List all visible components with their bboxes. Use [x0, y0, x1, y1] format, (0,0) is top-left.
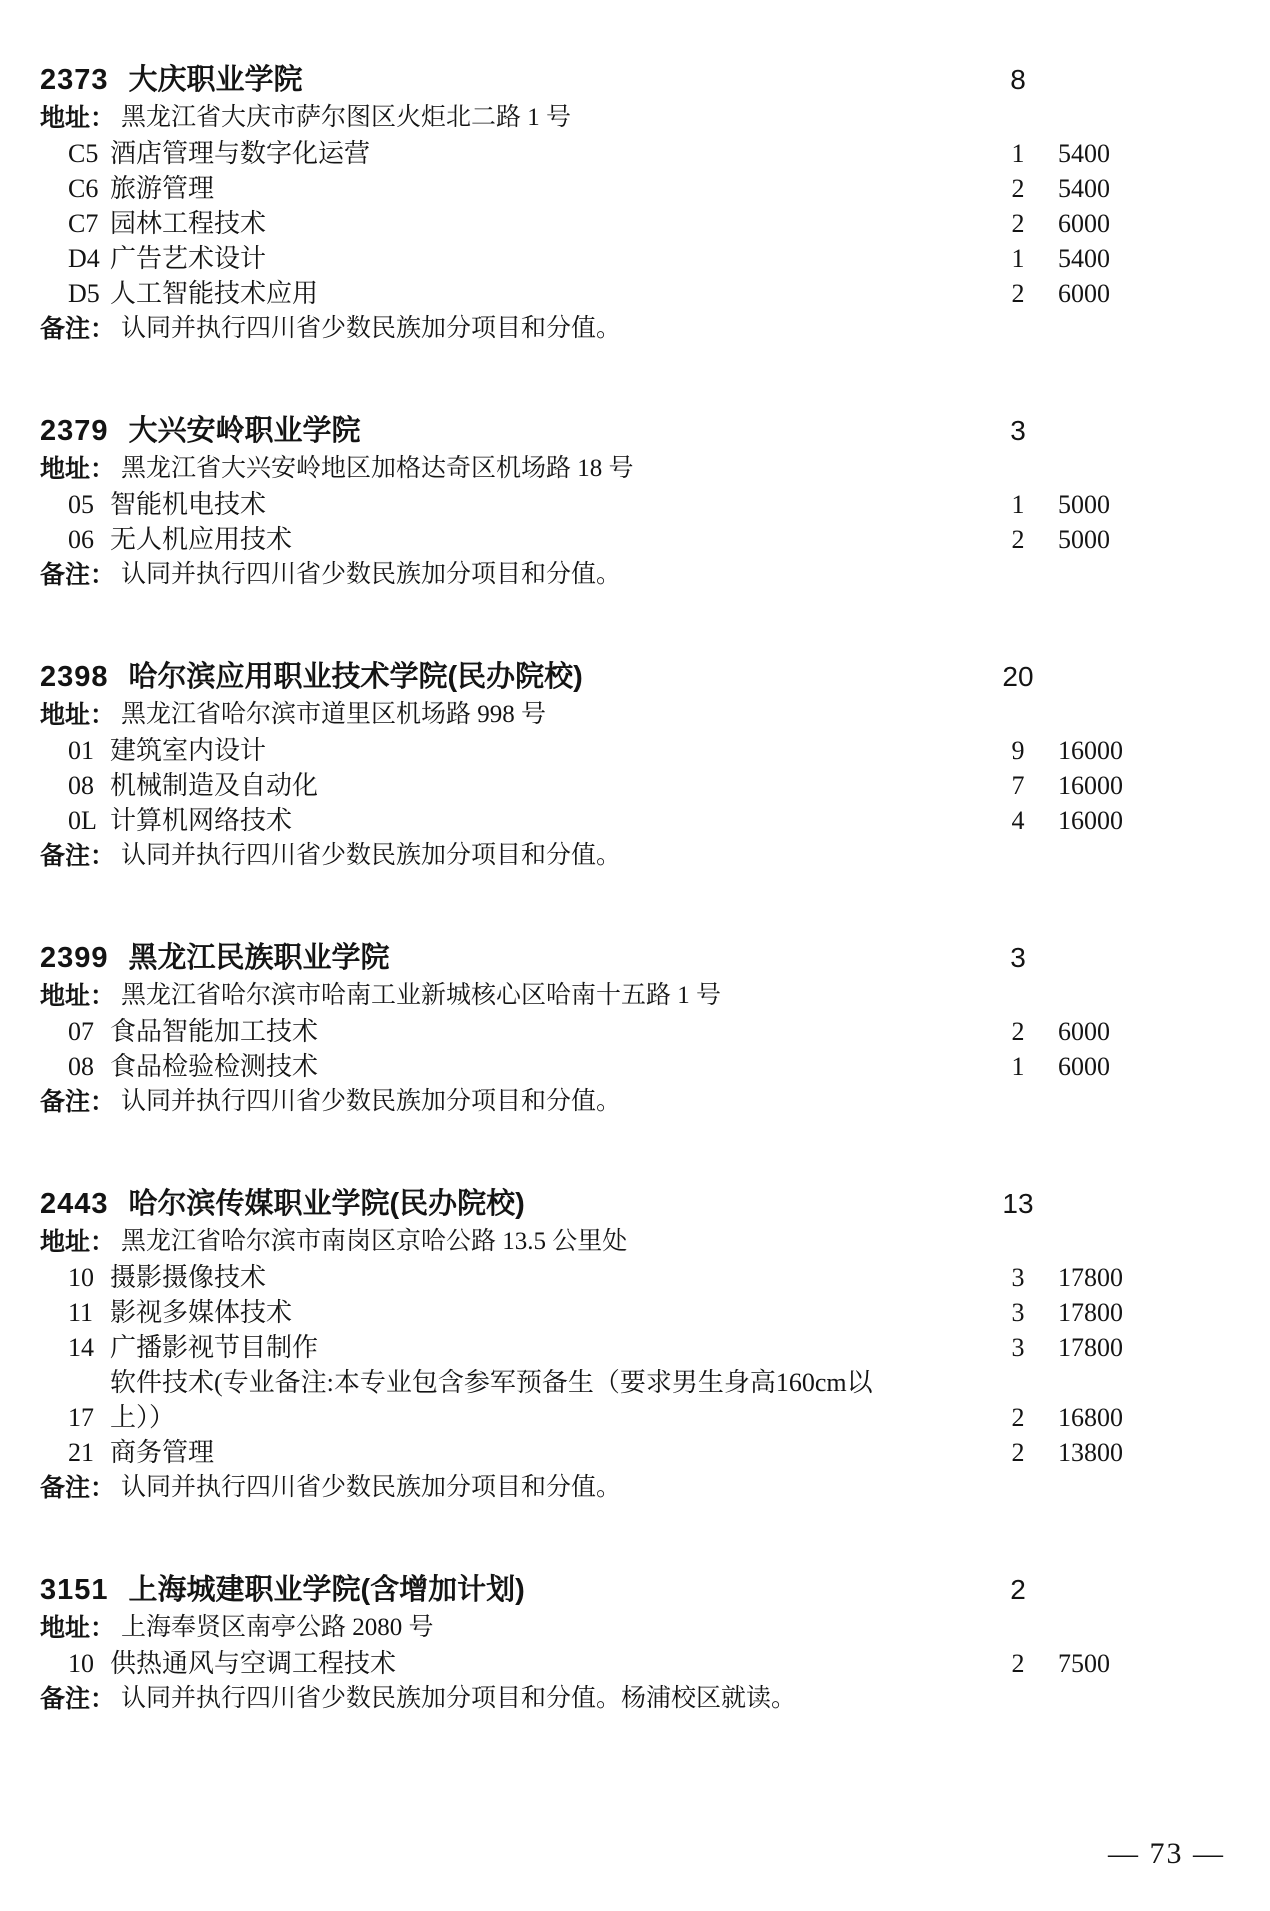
program-code: 10 [68, 1646, 110, 1681]
program-fee: 16000 [1058, 733, 1130, 768]
program-row: 05 智能机电技术 1 5000 [40, 487, 1130, 522]
program-quota: 1 [990, 487, 1046, 522]
college-section: 2379 大兴安岭职业学院 3 地址： 黑龙江省大兴安岭地区加格达奇区机场路 1… [40, 411, 1130, 593]
program-fee: 16800 [1058, 1400, 1130, 1435]
program-code: 14 [68, 1330, 110, 1365]
college-total-quota: 3 [990, 938, 1046, 978]
note-row: 备注： 认同并执行四川省少数民族加分项目和分值。 [40, 1470, 1130, 1506]
program-code: 0L [68, 803, 110, 838]
note-text: 认同并执行四川省少数民族加分项目和分值。 [121, 1470, 1130, 1506]
program-fee: 17800 [1058, 1260, 1130, 1295]
program-fee: 6000 [1058, 206, 1130, 241]
college-total-quota: 2 [990, 1570, 1046, 1610]
program-quota: 4 [990, 803, 1046, 838]
program-code: 01 [68, 733, 110, 768]
program-fee: 5000 [1058, 522, 1130, 557]
program-quota: 1 [990, 1049, 1046, 1084]
address-row: 地址： 上海奉贤区南亭公路 2080 号 [40, 1610, 1130, 1646]
program-quota: 3 [990, 1295, 1046, 1330]
program-name: 供热通风与空调工程技术 [110, 1646, 990, 1681]
address-value: 黑龙江省哈尔滨市南岗区京哈公路 13.5 公里处 [121, 1224, 1130, 1260]
program-fee: 5400 [1058, 241, 1130, 276]
program-code: 10 [68, 1260, 110, 1295]
college-total-quota: 20 [990, 657, 1046, 697]
program-name: 广告艺术设计 [110, 241, 990, 276]
program-name: 机械制造及自动化 [110, 768, 990, 803]
program-fee: 16000 [1058, 803, 1130, 838]
section-header: 3151 上海城建职业学院(含增加计划) 2 [40, 1570, 1130, 1610]
program-code: 05 [68, 487, 110, 522]
program-quota: 2 [990, 206, 1046, 241]
program-quota: 2 [990, 1435, 1046, 1470]
program-code: C6 [68, 171, 110, 206]
college-section: 2443 哈尔滨传媒职业学院(民办院校) 13 地址： 黑龙江省哈尔滨市南岗区京… [40, 1184, 1130, 1506]
program-quota: 2 [990, 522, 1046, 557]
address-label: 地址： [40, 100, 115, 136]
program-code: 06 [68, 522, 110, 557]
section-header: 2379 大兴安岭职业学院 3 [40, 411, 1130, 451]
program-code: 11 [68, 1295, 110, 1330]
college-name: 哈尔滨传媒职业学院(民办院校) [129, 1184, 990, 1224]
address-row: 地址： 黑龙江省哈尔滨市道里区机场路 998 号 [40, 697, 1130, 733]
program-name: 软件技术(专业备注:本专业包含参军预备生（要求男生身高160cm以 上）） [110, 1365, 990, 1435]
program-code: C5 [68, 136, 110, 171]
program-fee: 6000 [1058, 1049, 1130, 1084]
page-number: — 73 — [1108, 1837, 1225, 1871]
program-code: D4 [68, 241, 110, 276]
program-quota: 1 [990, 241, 1046, 276]
document-page: 2373 大庆职业学院 8 地址： 黑龙江省大庆市萨尔图区火炬北二路 1 号 C… [0, 0, 1270, 1717]
section-header: 2398 哈尔滨应用职业技术学院(民办院校) 20 [40, 657, 1130, 697]
address-value: 黑龙江省哈尔滨市道里区机场路 998 号 [121, 697, 1130, 733]
program-name: 无人机应用技术 [110, 522, 990, 557]
note-row: 备注： 认同并执行四川省少数民族加分项目和分值。杨浦校区就读。 [40, 1681, 1130, 1717]
program-name: 摄影摄像技术 [110, 1260, 990, 1295]
address-value: 黑龙江省大兴安岭地区加格达奇区机场路 18 号 [121, 451, 1130, 487]
program-name: 建筑室内设计 [110, 733, 990, 768]
address-label: 地址： [40, 697, 115, 733]
note-row: 备注： 认同并执行四川省少数民族加分项目和分值。 [40, 311, 1130, 347]
program-quota: 1 [990, 136, 1046, 171]
college-code: 2398 [40, 657, 109, 697]
note-label: 备注： [40, 311, 115, 347]
address-value: 上海奉贤区南亭公路 2080 号 [121, 1610, 1130, 1646]
note-text: 认同并执行四川省少数民族加分项目和分值。 [121, 557, 1130, 593]
program-quota: 2 [990, 1400, 1046, 1435]
program-code: 08 [68, 768, 110, 803]
program-row: D5 人工智能技术应用 2 6000 [40, 276, 1130, 311]
program-fee: 13800 [1058, 1435, 1130, 1470]
college-total-quota: 13 [990, 1184, 1046, 1224]
note-label: 备注： [40, 1084, 115, 1120]
college-code: 2399 [40, 938, 109, 978]
program-fee: 16000 [1058, 768, 1130, 803]
program-row: 10 供热通风与空调工程技术 2 7500 [40, 1646, 1130, 1681]
college-section: 3151 上海城建职业学院(含增加计划) 2 地址： 上海奉贤区南亭公路 208… [40, 1570, 1130, 1717]
college-name: 大兴安岭职业学院 [129, 411, 990, 451]
program-row: 0L 计算机网络技术 4 16000 [40, 803, 1130, 838]
program-name: 旅游管理 [110, 171, 990, 206]
address-value: 黑龙江省哈尔滨市哈南工业新城核心区哈南十五路 1 号 [121, 978, 1130, 1014]
program-name: 食品智能加工技术 [110, 1014, 990, 1049]
address-row: 地址： 黑龙江省哈尔滨市南岗区京哈公路 13.5 公里处 [40, 1224, 1130, 1260]
program-fee: 5000 [1058, 487, 1130, 522]
program-quota: 9 [990, 733, 1046, 768]
program-quota: 2 [990, 171, 1046, 206]
college-name: 大庆职业学院 [129, 60, 990, 100]
college-section: 2399 黑龙江民族职业学院 3 地址： 黑龙江省哈尔滨市哈南工业新城核心区哈南… [40, 938, 1130, 1120]
address-row: 地址： 黑龙江省哈尔滨市哈南工业新城核心区哈南十五路 1 号 [40, 978, 1130, 1014]
note-row: 备注： 认同并执行四川省少数民族加分项目和分值。 [40, 838, 1130, 874]
note-row: 备注： 认同并执行四川省少数民族加分项目和分值。 [40, 557, 1130, 593]
program-quota: 2 [990, 276, 1046, 311]
program-name: 影视多媒体技术 [110, 1295, 990, 1330]
address-label: 地址： [40, 978, 115, 1014]
program-name: 智能机电技术 [110, 487, 990, 522]
program-code: C7 [68, 206, 110, 241]
note-text: 认同并执行四川省少数民族加分项目和分值。杨浦校区就读。 [121, 1681, 1130, 1717]
program-fee: 5400 [1058, 136, 1130, 171]
college-code: 2443 [40, 1184, 109, 1224]
program-fee: 6000 [1058, 1014, 1130, 1049]
program-quota: 7 [990, 768, 1046, 803]
program-row: 17 软件技术(专业备注:本专业包含参军预备生（要求男生身高160cm以 上））… [40, 1365, 1130, 1435]
program-name: 酒店管理与数字化运营 [110, 136, 990, 171]
program-name: 广播影视节目制作 [110, 1330, 990, 1365]
program-row: C6 旅游管理 2 5400 [40, 171, 1130, 206]
program-name: 食品检验检测技术 [110, 1049, 990, 1084]
section-header: 2399 黑龙江民族职业学院 3 [40, 938, 1130, 978]
college-total-quota: 3 [990, 411, 1046, 451]
program-row: 14 广播影视节目制作 3 17800 [40, 1330, 1130, 1365]
program-row: 08 食品检验检测技术 1 6000 [40, 1049, 1130, 1084]
program-row: C7 园林工程技术 2 6000 [40, 206, 1130, 241]
program-row: 10 摄影摄像技术 3 17800 [40, 1260, 1130, 1295]
section-header: 2443 哈尔滨传媒职业学院(民办院校) 13 [40, 1184, 1130, 1224]
college-code: 3151 [40, 1570, 109, 1610]
program-fee: 17800 [1058, 1330, 1130, 1365]
program-quota: 3 [990, 1260, 1046, 1295]
address-value: 黑龙江省大庆市萨尔图区火炬北二路 1 号 [121, 100, 1130, 136]
note-row: 备注： 认同并执行四川省少数民族加分项目和分值。 [40, 1084, 1130, 1120]
college-code: 2379 [40, 411, 109, 451]
program-name: 园林工程技术 [110, 206, 990, 241]
address-row: 地址： 黑龙江省大庆市萨尔图区火炬北二路 1 号 [40, 100, 1130, 136]
program-quota: 2 [990, 1646, 1046, 1681]
college-total-quota: 8 [990, 60, 1046, 100]
program-code: 17 [68, 1400, 110, 1435]
note-label: 备注： [40, 557, 115, 593]
college-section: 2398 哈尔滨应用职业技术学院(民办院校) 20 地址： 黑龙江省哈尔滨市道里… [40, 657, 1130, 874]
program-quota: 3 [990, 1330, 1046, 1365]
college-name: 哈尔滨应用职业技术学院(民办院校) [129, 657, 990, 697]
college-name: 上海城建职业学院(含增加计划) [129, 1570, 990, 1610]
college-section: 2373 大庆职业学院 8 地址： 黑龙江省大庆市萨尔图区火炬北二路 1 号 C… [40, 60, 1130, 347]
section-header: 2373 大庆职业学院 8 [40, 60, 1130, 100]
program-row: C5 酒店管理与数字化运营 1 5400 [40, 136, 1130, 171]
address-label: 地址： [40, 1610, 115, 1646]
program-fee: 7500 [1058, 1646, 1130, 1681]
program-fee: 6000 [1058, 276, 1130, 311]
college-code: 2373 [40, 60, 109, 100]
program-row: 08 机械制造及自动化 7 16000 [40, 768, 1130, 803]
program-row: 21 商务管理 2 13800 [40, 1435, 1130, 1470]
program-code: 07 [68, 1014, 110, 1049]
program-name: 人工智能技术应用 [110, 276, 990, 311]
program-row: D4 广告艺术设计 1 5400 [40, 241, 1130, 276]
program-fee: 5400 [1058, 171, 1130, 206]
note-text: 认同并执行四川省少数民族加分项目和分值。 [121, 1084, 1130, 1120]
program-code: 21 [68, 1435, 110, 1470]
program-quota: 2 [990, 1014, 1046, 1049]
note-text: 认同并执行四川省少数民族加分项目和分值。 [121, 311, 1130, 347]
program-code: D5 [68, 276, 110, 311]
program-row: 11 影视多媒体技术 3 17800 [40, 1295, 1130, 1330]
note-label: 备注： [40, 838, 115, 874]
program-name: 计算机网络技术 [110, 803, 990, 838]
address-label: 地址： [40, 1224, 115, 1260]
program-code: 08 [68, 1049, 110, 1084]
program-row: 07 食品智能加工技术 2 6000 [40, 1014, 1130, 1049]
college-name: 黑龙江民族职业学院 [129, 938, 990, 978]
address-row: 地址： 黑龙江省大兴安岭地区加格达奇区机场路 18 号 [40, 451, 1130, 487]
note-label: 备注： [40, 1470, 115, 1506]
program-row: 06 无人机应用技术 2 5000 [40, 522, 1130, 557]
program-fee: 17800 [1058, 1295, 1130, 1330]
address-label: 地址： [40, 451, 115, 487]
program-row: 01 建筑室内设计 9 16000 [40, 733, 1130, 768]
note-label: 备注： [40, 1681, 115, 1717]
note-text: 认同并执行四川省少数民族加分项目和分值。 [121, 838, 1130, 874]
program-name: 商务管理 [110, 1435, 990, 1470]
